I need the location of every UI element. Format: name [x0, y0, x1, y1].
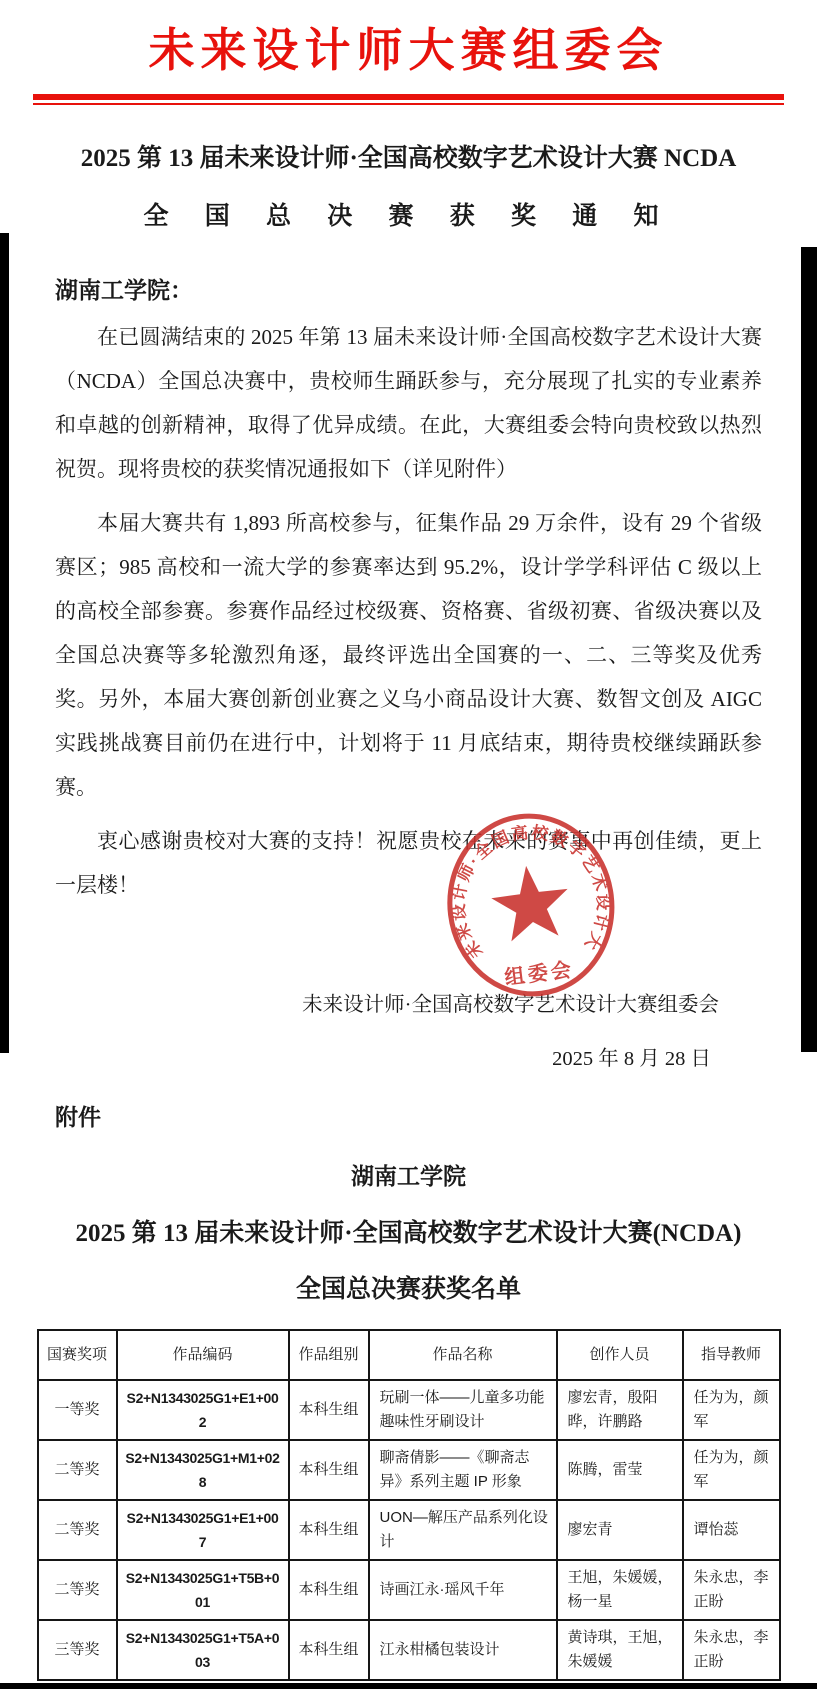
awards-table-cell-advisors: 朱永忠，李正盼: [683, 1560, 780, 1620]
awards-table-cell-advisors: 任为为，颜军: [683, 1380, 780, 1440]
awards-table-row: 三等奖S2+N1343025G1+T5A+003本科生组江永柑橘包装设计黄诗琪，…: [38, 1620, 780, 1680]
divider-thick-line: [33, 94, 784, 100]
letterhead-title: 未来设计师大赛组委会: [0, 0, 817, 80]
awards-table-cell-creators: 廖宏青，殷阳晔，许鹏路: [557, 1380, 683, 1440]
body-paragraph-2: 本届大赛共有 1,893 所高校参与，征集作品 29 万余件，设有 29 个省级…: [55, 501, 762, 809]
awards-table-cell-code: S2+N1343025G1+E1+002: [117, 1380, 289, 1440]
awards-table-cell-award: 二等奖: [38, 1440, 117, 1500]
attachment-title-line1: 2025 第 13 届未来设计师·全国高校数字艺术设计大赛(NCDA): [0, 1213, 817, 1249]
awards-table-cell-work: 诗画江永·瑶风千年: [369, 1560, 557, 1620]
scan-edge-bottom-artifact: [0, 1683, 817, 1689]
awards-table-cell-advisors: 谭怡蕊: [683, 1500, 780, 1560]
awards-table-cell-code: S2+N1343025G1+T5B+001: [117, 1560, 289, 1620]
awards-table-header-cell: 作品编码: [117, 1330, 289, 1380]
awards-table-row: 二等奖S2+N1343025G1+E1+007本科生组UON—解压产品系列化设计…: [38, 1500, 780, 1560]
awards-table-header-cell: 作品组别: [289, 1330, 369, 1380]
salutation: 湖南工学院：: [55, 272, 762, 305]
awards-table-cell-creators: 黄诗琪，王旭，朱媛媛: [557, 1620, 683, 1680]
awards-table-cell-group: 本科生组: [289, 1500, 369, 1560]
awards-table-header-cell: 创作人员: [557, 1330, 683, 1380]
awards-table-cell-award: 一等奖: [38, 1380, 117, 1440]
awards-table-cell-work: 玩刷一体——儿童多功能趣味性牙刷设计: [369, 1380, 557, 1440]
scan-edge-left-artifact: [0, 233, 9, 1053]
awards-table-cell-award: 二等奖: [38, 1500, 117, 1560]
awards-table: 国赛奖项作品编码作品组别作品名称创作人员指导教师 一等奖S2+N1343025G…: [37, 1329, 781, 1681]
awards-table-header-cell: 国赛奖项: [38, 1330, 117, 1380]
awards-table-cell-group: 本科生组: [289, 1440, 369, 1500]
awards-table-header-cell: 指导教师: [683, 1330, 780, 1380]
seal-bottom-text: 组委会: [503, 957, 575, 989]
awards-table-cell-creators: 廖宏青: [557, 1500, 683, 1560]
body-paragraph-3: 衷心感谢贵校对大赛的支持！祝愿贵校在未来的赛事中再创佳绩，更上一层楼！: [55, 819, 762, 907]
awards-table-cell-creators: 陈腾，雷莹: [557, 1440, 683, 1500]
awards-table-cell-code: S2+N1343025G1+M1+028: [117, 1440, 289, 1500]
notice-title-line2: 全 国 总 决 赛 获 奖 通 知: [0, 196, 817, 232]
awards-table-cell-work: 聊斋倩影——《聊斋志异》系列主题 IP 形象: [369, 1440, 557, 1500]
awards-table-cell-work: UON—解压产品系列化设计: [369, 1500, 557, 1560]
awards-table-row: 二等奖S2+N1343025G1+M1+028本科生组聊斋倩影——《聊斋志异》系…: [38, 1440, 780, 1500]
awards-table-cell-group: 本科生组: [289, 1560, 369, 1620]
divider-thin-line: [33, 103, 784, 105]
signature-line: 未来设计师·全国高校数字艺术设计大赛组委会: [0, 987, 817, 1017]
awards-table-cell-code: S2+N1343025G1+E1+007: [117, 1500, 289, 1560]
notice-document: 未来设计师大赛组委会 2025 第 13 届未来设计师·全国高校数字艺术设计大赛…: [0, 0, 817, 1689]
attachment-school-name: 湖南工学院: [0, 1158, 817, 1191]
signature-date: 2025 年 8 月 28 日: [0, 1041, 817, 1071]
attachment-title-line2: 全国总决赛获奖名单: [0, 1269, 817, 1305]
scan-edge-right-artifact: [801, 247, 817, 1052]
awards-table-cell-creators: 王旭，朱媛媛，杨一星: [557, 1560, 683, 1620]
awards-table-cell-advisors: 任为为，颜军: [683, 1440, 780, 1500]
awards-table-cell-award: 二等奖: [38, 1560, 117, 1620]
awards-table-cell-code: S2+N1343025G1+T5A+003: [117, 1620, 289, 1680]
awards-table-cell-group: 本科生组: [289, 1380, 369, 1440]
awards-table-body: 一等奖S2+N1343025G1+E1+002本科生组玩刷一体——儿童多功能趣味…: [38, 1380, 780, 1680]
awards-table-row: 二等奖S2+N1343025G1+T5B+001本科生组诗画江永·瑶风千年王旭，…: [38, 1560, 780, 1620]
letterhead-divider: [33, 94, 784, 105]
awards-table-cell-advisors: 朱永忠，李正盼: [683, 1620, 780, 1680]
body-paragraph-1: 在已圆满结束的 2025 年第 13 届未来设计师·全国高校数字艺术设计大赛（N…: [55, 315, 762, 491]
awards-table-cell-work: 江永柑橘包装设计: [369, 1620, 557, 1680]
attachment-label: 附件: [55, 1099, 817, 1132]
awards-table-header-cell: 作品名称: [369, 1330, 557, 1380]
awards-table-cell-award: 三等奖: [38, 1620, 117, 1680]
awards-table-header-row: 国赛奖项作品编码作品组别作品名称创作人员指导教师: [38, 1330, 780, 1380]
awards-table-cell-group: 本科生组: [289, 1620, 369, 1680]
notice-title-line1: 2025 第 13 届未来设计师·全国高校数字艺术设计大赛 NCDA: [0, 138, 817, 174]
awards-table-row: 一等奖S2+N1343025G1+E1+002本科生组玩刷一体——儿童多功能趣味…: [38, 1380, 780, 1440]
